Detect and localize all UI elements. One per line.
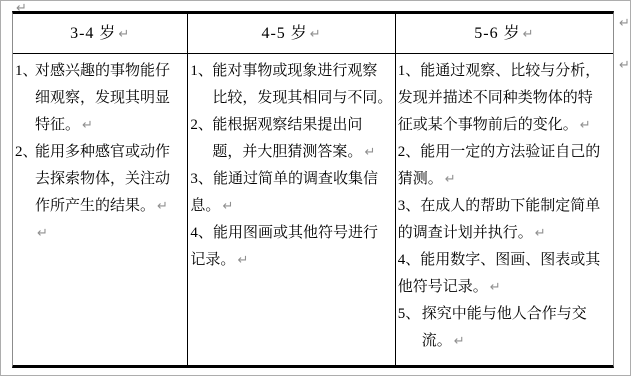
column-cell-5-6: 1、能通过观察、比较与分析， 发现并描述不同种类物体的特 征或某个事物前后的变化… — [396, 54, 613, 365]
paragraph-mark-icon: ↵ — [578, 118, 591, 133]
paragraph-mark-icon: ↵ — [155, 199, 168, 214]
goal-item: 2、能用一定的方法验证自己的 猜测。↵ — [398, 139, 612, 193]
goal-item: 1、能对事物或现象进行观察 比较，发现其相同与不同。 — [190, 58, 393, 112]
paragraph-mark-icon: ↵ — [443, 172, 456, 187]
age-goals-table: 3-4 岁↵ 4-5 岁↵ 5-6 岁↵ 1、对感兴趣的事物能仔 细观察，发现其… — [12, 11, 614, 368]
paragraph-mark-icon: ↵ — [619, 17, 630, 30]
column-header-label: 3-4 岁 — [70, 25, 116, 42]
item-number: 4、 — [190, 220, 213, 247]
item-number: 1、 — [15, 58, 35, 85]
table-header-row: 3-4 岁↵ 4-5 岁↵ 5-6 岁↵ — [13, 14, 613, 54]
paragraph-mark-icon: ↵ — [452, 334, 465, 349]
goal-item: 4、能用数字、图画、图表或其 他符号记录。↵ — [398, 247, 612, 301]
item-text: 探究中能与他人合作与交 流。 — [422, 306, 587, 349]
item-text: 能用多种感官或动作 去探索物体，关注动 作所产生的结果。 — [35, 144, 170, 214]
paragraph-mark-icon: ↵ — [533, 226, 546, 241]
item-text: 对感兴趣的事物能仔 细观察，发现其明显 特征。 — [35, 63, 170, 133]
paragraph-mark-icon: ↵ — [619, 59, 630, 72]
goal-item: 4、能用图画或其他符号进行 记录。↵ — [190, 220, 393, 274]
document-page: ↵ ↵ ↵ 3-4 岁↵ 4-5 岁↵ 5-6 岁↵ 1、对感兴趣的事物能仔 细… — [0, 0, 631, 376]
paragraph-mark-icon: ↵ — [521, 27, 535, 42]
item-text: 能通过观察、比较与分析， 发现并描述不同种类物体的特 征或某个事物前后的变化。 — [398, 63, 601, 133]
column-header-label: 5-6 岁 — [474, 25, 520, 42]
goal-item: 1、对感兴趣的事物能仔 细观察，发现其明显 特征。↵ — [15, 58, 186, 139]
goal-item: 2、能用多种感官或动作 去探索物体，关注动 作所产生的结果。↵ — [15, 139, 186, 220]
paragraph-mark-icon: ↵ — [220, 199, 233, 214]
goal-item: ↵ — [15, 220, 186, 247]
paragraph-mark-icon: ↵ — [80, 118, 93, 133]
goal-item: 3、能通过简单的调查收集信 息。↵ — [190, 166, 393, 220]
item-number: 1、 — [398, 58, 421, 85]
table-body-row: 1、对感兴趣的事物能仔 细观察，发现其明显 特征。↵2、能用多种感官或动作 去探… — [13, 54, 613, 365]
item-number: 2、 — [15, 139, 35, 166]
paragraph-mark-icon: ↵ — [362, 145, 375, 160]
goal-item: 3、在成人的帮助下能制定简单 的调查计划并执行。↵ — [398, 193, 612, 247]
item-number: 5、 — [398, 301, 422, 328]
column-cell-4-5: 1、能对事物或现象进行观察 比较，发现其相同与不同。2、能根据观察结果提出问 题… — [188, 54, 395, 365]
column-header-3-4: 3-4 岁↵ — [13, 14, 188, 54]
goal-item: 2、能根据观察结果提出问 题，并大胆猜测答案。↵ — [190, 112, 393, 166]
goal-item: 1、能通过观察、比较与分析， 发现并描述不同种类物体的特 征或某个事物前后的变化… — [398, 58, 612, 139]
paragraph-mark-icon: ↵ — [308, 27, 322, 42]
item-text: 在成人的帮助下能制定简单 的调查计划并执行。 — [398, 198, 601, 241]
item-text: 能根据观察结果提出问 题，并大胆猜测答案。 — [212, 117, 362, 160]
column-cell-3-4: 1、对感兴趣的事物能仔 细观察，发现其明显 特征。↵2、能用多种感官或动作 去探… — [13, 54, 188, 365]
item-number: 2、 — [190, 112, 212, 139]
item-text: 能用一定的方法验证自己的 猜测。 — [398, 144, 601, 187]
item-text: 能通过简单的调查收集信 息。 — [190, 171, 378, 214]
item-number: 4、 — [398, 247, 421, 274]
paragraph-mark-icon: ↵ — [35, 226, 48, 241]
item-number: 2、 — [398, 139, 421, 166]
paragraph-mark-icon: ↵ — [488, 280, 501, 295]
item-text: 能用图画或其他符号进行 记录。 — [190, 225, 378, 268]
column-header-5-6: 5-6 岁↵ — [396, 14, 613, 54]
item-number: 3、 — [190, 166, 213, 193]
item-text: 能对事物或现象进行观察 比较，发现其相同与不同。 — [212, 63, 392, 106]
column-header-4-5: 4-5 岁↵ — [188, 14, 395, 54]
column-header-label: 4-5 岁 — [261, 25, 307, 42]
item-number: 3、 — [398, 193, 421, 220]
goal-item: 5、探究中能与他人合作与交 流。↵ — [398, 301, 612, 355]
item-number: 1、 — [190, 58, 212, 85]
paragraph-mark-icon: ↵ — [235, 253, 248, 268]
paragraph-mark-icon: ↵ — [116, 27, 130, 42]
